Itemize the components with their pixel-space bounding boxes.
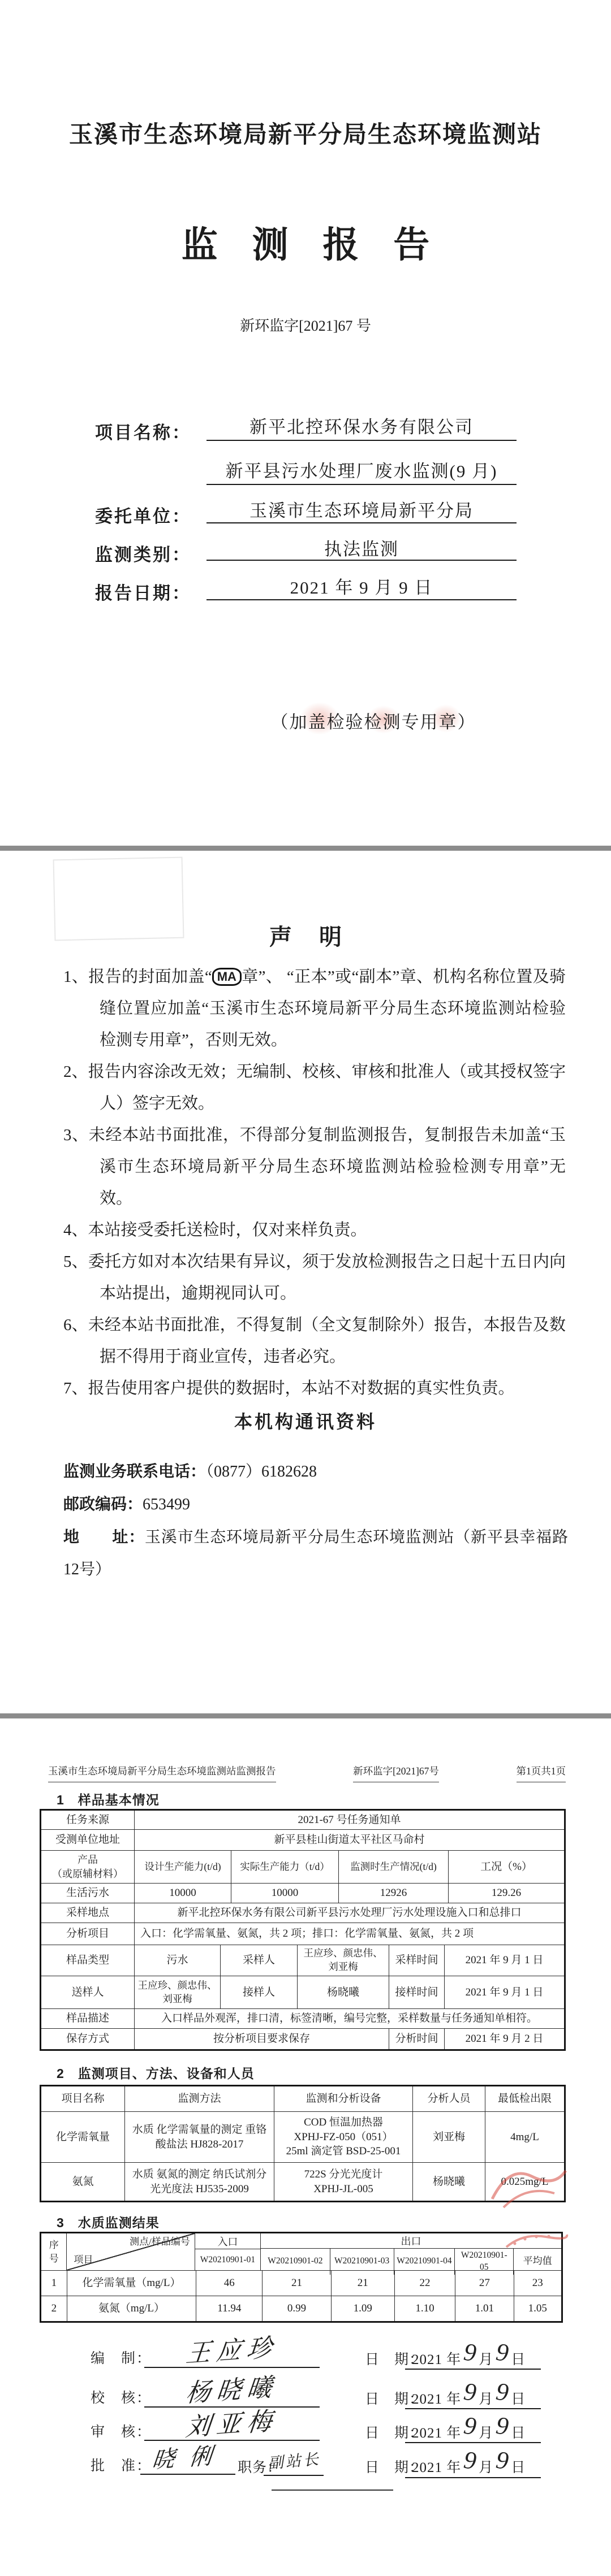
date-line xyxy=(405,2369,541,2370)
handwritten-month: 9 xyxy=(463,2386,477,2399)
table-row: 1 化学需氧量（mg/L） 46 21 21 22 27 23 xyxy=(41,2270,561,2296)
item-method: 水质 氨氮的测定 纳氏试剂分光光度法 HJ535-2009 xyxy=(124,2163,274,2201)
project-name-value-line2: 新平县污水处理厂废水监测(9 月) xyxy=(206,457,517,485)
value-inlet: 11.94 xyxy=(196,2296,262,2321)
analysis-time-value: 2021 年 9 月 2 日 xyxy=(444,2029,564,2049)
contact-block: 监测业务联系电话：（0877）6182628 邮政编码：653499 地 址：玉… xyxy=(63,1455,568,1586)
task-source-label: 任务来源 xyxy=(41,1811,134,1829)
value-average: 23 xyxy=(514,2271,561,2296)
row-seq: 1 xyxy=(41,2271,67,2296)
date-day-label: 日 xyxy=(511,2352,526,2367)
value-inlet: 46 xyxy=(196,2271,262,2296)
statement-page: 声明 1、报告的封面加盖“MA章”、 “正本”或“副本”章、机构名称位置及骑缝位… xyxy=(0,851,611,1713)
date-month-label: 月 xyxy=(479,2392,493,2407)
date-value: 2021 年9月9日 xyxy=(412,2348,526,2369)
statement-item-1-pre: 1、报告的封面加盖“ xyxy=(63,968,212,986)
date-line xyxy=(405,2408,541,2409)
item-limit: 4mg/L xyxy=(485,2112,564,2162)
monitoring-production-value: 12926 xyxy=(338,1884,448,1903)
duty-value-handwritten: 副站长 xyxy=(264,2447,324,2474)
inlet-col-group: 入口 W20210901-01 xyxy=(195,2233,260,2270)
category-label: 监测类别： xyxy=(95,540,191,566)
date-year: 2021 年 xyxy=(412,2352,461,2367)
table-row: 送样人 王应珍、颜忠伟、刘亚梅 接样人 杨晓曦 接样时间 2021 年 9 月 … xyxy=(41,1976,564,2008)
receive-time-label: 接样时间 xyxy=(389,1976,444,2008)
date-day-label: 日 xyxy=(511,2460,526,2475)
sender-label: 送样人 xyxy=(41,1976,134,2008)
col-header-item: 项目名称 xyxy=(41,2086,124,2111)
page-divider xyxy=(0,846,611,851)
inlet-group-header: 入口 xyxy=(195,2233,260,2249)
duty-line xyxy=(264,2475,324,2476)
receiver-value: 杨晓曦 xyxy=(297,1976,389,2008)
report-date-label: 报告日期： xyxy=(95,579,191,604)
corner-header-samples: 测点/样品编号 xyxy=(130,2236,190,2249)
page-divider xyxy=(0,1713,611,1718)
table-row: 2 氨氮（mg/L） 11.94 0.99 1.09 1.10 1.01 1.0… xyxy=(41,2296,561,2321)
address-value: 新平县桂山街道太平社区马命村 xyxy=(134,1830,564,1850)
section3-title: 3 水质监测结果 xyxy=(57,2213,160,2231)
row-item: 氨氮（mg/L） xyxy=(67,2296,196,2321)
load-header: 工况（%） xyxy=(448,1851,564,1883)
page-header-center: 新环监字[2021]67号 xyxy=(353,1764,439,1782)
sample-id: W20210901-01 xyxy=(195,2249,260,2270)
item-name: 氨氮 xyxy=(41,2163,124,2201)
date-day-label: 日 xyxy=(511,2392,526,2407)
contact-zip: 邮政编码：653499 xyxy=(63,1488,568,1521)
category-value: 执法监测 xyxy=(206,535,517,561)
storage-label: 保存方式 xyxy=(41,2029,134,2049)
handwritten-day: 9 xyxy=(496,2454,510,2467)
handwritten-month: 9 xyxy=(463,2346,477,2359)
date-line xyxy=(405,2477,541,2478)
table-row: 分析项目 入口：化学需氧量、氨氮，共 2 项；排口：化学需氧量、氨氮，共 2 项 xyxy=(41,1923,564,1945)
contact-phone: 监测业务联系电话：（0877）6182628 xyxy=(63,1455,568,1488)
document-number: 新环监字[2021]67 号 xyxy=(0,314,611,335)
section1-title: 1 样品基本情况 xyxy=(57,1790,160,1808)
task-source-value: 2021-67 号任务通知单 xyxy=(134,1811,564,1829)
approved-by-signature: 晓俐 xyxy=(140,2436,239,2475)
value-outlet: 21 xyxy=(331,2271,394,2296)
sample-type-value: 污水 xyxy=(134,1945,220,1976)
table-row: 保存方式 按分析项目要求保存 分析时间 2021 年 9 月 2 日 xyxy=(41,2028,564,2049)
sampling-time-value: 2021 年 9 月 1 日 xyxy=(444,1945,564,1976)
table-row: 产品 （或原辅材料） 设计生产能力(t/d) 实际生产能力（t/d） 监测时生产… xyxy=(41,1850,564,1883)
statement-item-6: 6、未经本站书面批准，不得复制（全文复制除外）报告，本报告及数据不得用于商业宣传… xyxy=(63,1309,566,1373)
date-line xyxy=(405,2442,541,2443)
value-outlet: 1.10 xyxy=(394,2296,455,2321)
analysis-items-label: 分析项目 xyxy=(41,1923,134,1945)
sample-desc-value: 入口样品外观浑，排口清，标签清晰，编号完整，采样数量与任务通知单相符。 xyxy=(134,2009,564,2028)
statement-title: 声明 xyxy=(0,919,611,951)
value-outlet: 0.99 xyxy=(262,2296,330,2321)
sampling-site-label: 采样地点 xyxy=(41,1903,134,1923)
table-row: 化学需氧量 水质 化学需氧量的测定 重铬酸盐法 HJ828-2017 COD 恒… xyxy=(41,2111,564,2162)
item-equipment: COD 恒温加热器 XPHJ-FZ-050（051） 25ml 滴定管 BSD-… xyxy=(274,2112,412,2162)
end-rule xyxy=(272,2490,393,2491)
value-outlet: 27 xyxy=(455,2271,513,2296)
value-outlet: 1.01 xyxy=(455,2296,513,2321)
col-header-method: 监测方法 xyxy=(124,2086,274,2111)
contact-zip-label: 邮政编码： xyxy=(63,1495,143,1513)
item-analyst: 刘亚梅 xyxy=(412,2112,485,2162)
red-stamp-fragment xyxy=(487,2159,571,2210)
analysis-items-value: 入口：化学需氧量、氨氮，共 2 项；排口：化学需氧量、氨氮，共 2 项 xyxy=(134,1923,564,1945)
report-date-value: 2021 年 9 月 9 日 xyxy=(206,573,517,600)
sampler-value: 王应珍、颜忠伟、刘亚梅 xyxy=(297,1945,389,1976)
results-table: 序 号 测点/样品编号 项目 入口 W20210901-01 出口 W20210… xyxy=(40,2232,563,2323)
page-header-left: 玉溪市生态环境局新平分局生态环境监测站监测报告 xyxy=(48,1764,276,1782)
table-row: 样品描述 入口样品外观浑，排口清，标签清晰，编号完整，采样数量与任务通知单相符。 xyxy=(41,2008,564,2028)
date-year: 2021 年 xyxy=(412,2460,461,2475)
date-value: 2021 年9月9日 xyxy=(412,2422,526,2442)
value-average: 1.05 xyxy=(514,2296,561,2321)
table-row: 氨氮 水质 氨氮的测定 纳氏试剂分光光度法 HJ535-2009 722S 分光… xyxy=(41,2162,564,2201)
contact-address: 地 址：玉溪市生态环境局新平分局生态环境监测站（新平县幸福路12号） xyxy=(63,1521,568,1586)
value-outlet: 1.09 xyxy=(331,2296,394,2321)
item-equipment: 722S 分光光度计 XPHJ-JL-005 xyxy=(274,2163,412,2201)
table-header-row: 项目名称 监测方法 监测和分析设备 分析人员 最低检出限 xyxy=(41,2086,564,2111)
contact-address-label: 地 址： xyxy=(63,1528,145,1545)
monitoring-production-header: 监测时生产情况(t/d) xyxy=(338,1851,448,1883)
date-value: 2021 年9月9日 xyxy=(412,2456,526,2477)
report-main-title: 监测报告 xyxy=(0,216,611,268)
address-label: 受测单位地址 xyxy=(41,1830,134,1850)
table-row: 样品类型 污水 采样人 王应珍、颜忠伟、刘亚梅 采样时间 2021 年 9 月 … xyxy=(41,1945,564,1976)
sample-info-table: 任务来源 2021-67 号任务通知单 受测单位地址 新平县桂山街道太平社区马命… xyxy=(40,1809,566,2051)
col-header-equipment: 监测和分析设备 xyxy=(274,2086,412,2111)
contact-section-title: 本机构通讯资料 xyxy=(0,1408,611,1434)
product-name: 生活污水 xyxy=(41,1884,134,1903)
project-name-label: 项目名称： xyxy=(95,418,191,444)
col-header-limit: 最低检出限 xyxy=(485,2086,564,2111)
corner-header: 测点/样品编号 项目 xyxy=(66,2233,194,2270)
client-label: 委托单位： xyxy=(95,502,191,527)
statement-item-1: 1、报告的封面加盖“MA章”、 “正本”或“副本”章、机构名称位置及骑缝位置应加… xyxy=(63,961,566,1056)
cma-mark-icon: MA xyxy=(212,968,242,986)
table-row: 采样地点 新平北控环保水务有限公司新平县污水处理厂污水处理设施入口和总排口 xyxy=(41,1903,564,1923)
statement-item-2: 2、报告内容涂改无效；无编制、校核、审核和批准人（或其授权签字人）签字无效。 xyxy=(63,1056,566,1119)
value-outlet: 21 xyxy=(262,2271,330,2296)
analysis-time-label: 分析时间 xyxy=(389,2029,444,2049)
item-analyst: 杨晓曦 xyxy=(412,2163,485,2201)
seq-header: 序 号 xyxy=(41,2233,66,2270)
receiver-label: 接样人 xyxy=(220,1976,297,2008)
date-month-label: 月 xyxy=(479,2352,493,2367)
client-value: 玉溪市生态环境局新平分局 xyxy=(206,496,517,523)
reviewed-by-label: 审 核： xyxy=(91,2421,152,2441)
statement-items: 1、报告的封面加盖“MA章”、 “正本”或“副本”章、机构名称位置及骑缝位置应加… xyxy=(63,961,566,1404)
contact-phone-value: （0877）6182628 xyxy=(206,1463,317,1480)
table-row: 任务来源 2021-67 号任务通知单 xyxy=(41,1811,564,1829)
statement-item-5: 5、委托方如对本次结果有异议，须于发放检测报告之日起十五日内向本站提出，逾期视同… xyxy=(63,1246,566,1309)
sampler-label: 采样人 xyxy=(220,1945,297,1976)
sample-type-label: 样品类型 xyxy=(41,1945,134,1976)
handwritten-day: 9 xyxy=(496,2420,510,2433)
handwritten-day: 9 xyxy=(496,2346,510,2359)
prepared-by-label: 编 制： xyxy=(91,2347,152,2367)
contact-phone-label: 监测业务联系电话： xyxy=(63,1462,206,1480)
scanned-monitoring-report: 玉溪市生态环境局新平分局生态环境监测站 监测报告 新环监字[2021]67 号 … xyxy=(0,0,611,2576)
table-header-row: 序 号 测点/样品编号 项目 入口 W20210901-01 出口 W20210… xyxy=(41,2233,561,2270)
statement-item-4: 4、本站接受委托送检时，仅对来样负责。 xyxy=(63,1214,566,1246)
date-value: 2021 年9月9日 xyxy=(412,2388,526,2408)
load-value: 129.26 xyxy=(448,1884,564,1903)
table-row: 受测单位地址 新平县桂山街道太平社区马命村 xyxy=(41,1829,564,1850)
sampling-time-label: 采样时间 xyxy=(389,1945,444,1976)
design-capacity-value: 10000 xyxy=(134,1884,231,1903)
org-title: 玉溪市生态环境局新平分局生态环境监测站 xyxy=(0,116,611,150)
handwritten-day: 9 xyxy=(496,2386,510,2399)
page-header: 玉溪市生态环境局新平分局生态环境监测站监测报告 新环监字[2021]67号 第1… xyxy=(48,1764,566,1782)
item-name: 化学需氧量 xyxy=(41,2112,124,2162)
project-name-value-line1: 新平北控环保水务有限公司 xyxy=(206,413,517,441)
storage-value: 按分析项目要求保存 xyxy=(134,2029,389,2049)
row-item: 化学需氧量（mg/L） xyxy=(67,2271,196,2296)
date-year: 2021 年 xyxy=(412,2392,461,2407)
handwritten-month: 9 xyxy=(463,2420,477,2433)
page-header-right: 第1页共1页 xyxy=(517,1764,566,1782)
sender-value: 王应珍、颜忠伟、刘亚梅 xyxy=(134,1976,220,2008)
product-header-label: 产品 （或原辅材料） xyxy=(41,1851,134,1883)
date-month-label: 月 xyxy=(479,2460,493,2475)
corner-header-item: 项目 xyxy=(74,2254,93,2267)
date-day-label: 日 xyxy=(511,2426,526,2441)
table-row: 生活污水 10000 10000 12926 129.26 xyxy=(41,1883,564,1903)
design-capacity-header: 设计生产能力(t/d) xyxy=(134,1851,231,1883)
sample-desc-label: 样品描述 xyxy=(41,2009,134,2028)
contact-zip-value: 653499 xyxy=(143,1496,190,1513)
item-method: 水质 化学需氧量的测定 重铬酸盐法 HJ828-2017 xyxy=(124,2112,274,2162)
col-header-analyst: 分析人员 xyxy=(412,2086,485,2111)
statement-item-3: 3、未经本站书面批准，不得部分复制监测报告，复制报告未加盖“玉溪市生态环境局新平… xyxy=(63,1119,566,1214)
receive-time-value: 2021 年 9 月 1 日 xyxy=(444,1976,564,2008)
value-outlet: 22 xyxy=(394,2271,455,2296)
seal-placement-note: （加盖检验检测专用章） xyxy=(181,708,566,733)
actual-capacity-value: 10000 xyxy=(231,1884,338,1903)
actual-capacity-header: 实际生产能力（t/d） xyxy=(231,1851,338,1883)
sampling-site-value: 新平北控环保水务有限公司新平县污水处理厂污水处理设施入口和总排口 xyxy=(134,1903,564,1923)
checked-by-label: 校 核： xyxy=(91,2387,152,2407)
row-seq: 2 xyxy=(41,2296,67,2321)
cover-page: 玉溪市生态环境局新平分局生态环境监测站 监测报告 新环监字[2021]67 号 … xyxy=(0,0,611,846)
statement-item-7: 7、报告使用客户提供的数据时，本站不对数据的真实性负责。 xyxy=(63,1373,566,1404)
red-stamp-fragment xyxy=(504,2230,569,2253)
signature-line xyxy=(140,2474,235,2475)
section2-title: 2 监测项目、方法、设备和人员 xyxy=(57,2063,255,2082)
date-year: 2021 年 xyxy=(412,2426,461,2441)
handwritten-month: 9 xyxy=(463,2454,477,2467)
date-month-label: 月 xyxy=(479,2426,493,2441)
